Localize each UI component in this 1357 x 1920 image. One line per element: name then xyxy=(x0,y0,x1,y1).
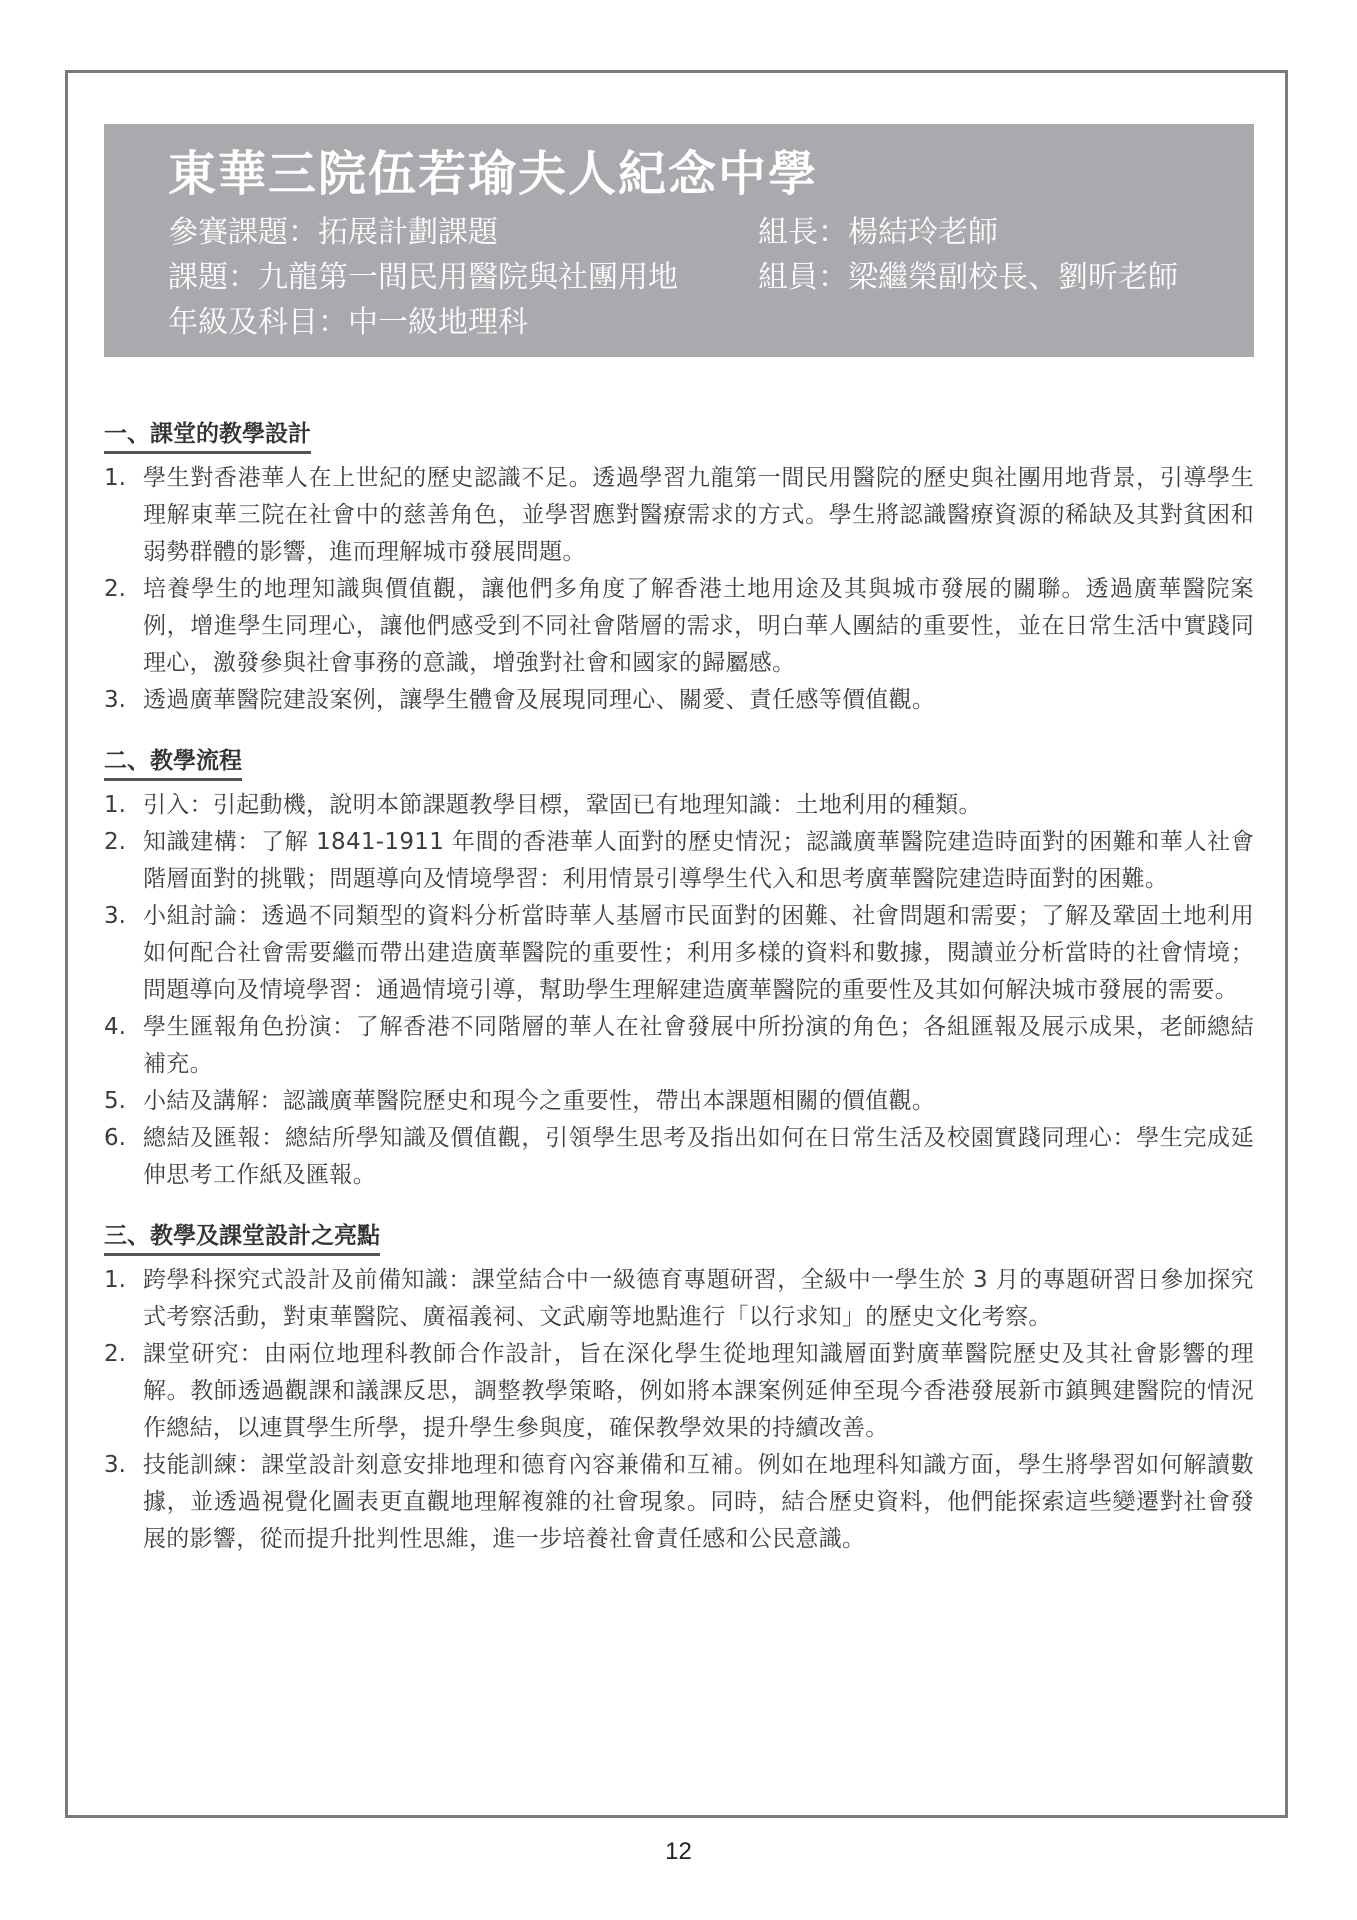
item-number: 2. xyxy=(104,1336,143,1447)
section-teaching-flow: 二、教學流程 1. 引入：引起動機，說明本節課題教學目標，鞏固已有地理知識：土地… xyxy=(104,745,1254,1194)
item-number: 3. xyxy=(104,1447,143,1558)
list-item: 5. 小結及講解：認識廣華醫院歷史和現今之重要性，帶出本課題相關的價值觀。 xyxy=(104,1083,1254,1120)
list-item: 6. 總結及匯報：總結所學知識及價值觀，引領學生思考及指出如何在日常生活及校園實… xyxy=(104,1120,1254,1194)
topic: 課題：九龍第一間民用醫院與社團用地 xyxy=(168,255,758,300)
list-item: 3. 技能訓練：課堂設計刻意安排地理和德育內容兼備和互補。例如在地理科知識方面，… xyxy=(104,1447,1254,1558)
item-text: 總結及匯報：總結所學知識及價值觀，引領學生思考及指出如何在日常生活及校園實踐同理… xyxy=(143,1120,1254,1194)
item-number: 6. xyxy=(104,1120,143,1194)
item-text: 培養學生的地理知識與價值觀，讓他們多角度了解香港土地用途及其與城市發展的關聯。透… xyxy=(143,571,1254,682)
item-number: 3. xyxy=(104,898,143,1009)
list-item: 2. 培養學生的地理知識與價值觀，讓他們多角度了解香港土地用途及其與城市發展的關… xyxy=(104,571,1254,682)
item-text: 課堂研究：由兩位地理科教師合作設計，旨在深化學生從地理知識層面對廣華醫院歷史及其… xyxy=(143,1336,1254,1447)
section-teaching-design: 一、課堂的教學設計 1. 學生對香港華人在上世紀的歷史認識不足。透過學習九龍第一… xyxy=(104,418,1254,719)
item-text: 透過廣華醫院建設案例，讓學生體會及展現同理心、關愛、責任感等價值觀。 xyxy=(143,682,1254,719)
item-number: 4. xyxy=(104,1009,143,1083)
header-banner: 東華三院伍若瑜夫人紀念中學 參賽課題：拓展計劃課題 組長：楊結玲老師 課題：九龍… xyxy=(104,124,1254,357)
item-text: 跨學科探究式設計及前備知識：課堂結合中一級德育專題研習，全級中一學生於 3 月的… xyxy=(143,1262,1254,1336)
list-item: 1. 跨學科探究式設計及前備知識：課堂結合中一級德育專題研習，全級中一學生於 3… xyxy=(104,1262,1254,1336)
item-number: 1. xyxy=(104,787,143,824)
item-number: 1. xyxy=(104,1262,143,1336)
list-item: 1. 學生對香港華人在上世紀的歷史認識不足。透過學習九龍第一間民用醫院的歷史與社… xyxy=(104,460,1254,571)
item-text: 引入：引起動機，說明本節課題教學目標，鞏固已有地理知識：土地利用的種類。 xyxy=(143,787,1254,824)
list-item: 2. 課堂研究：由兩位地理科教師合作設計，旨在深化學生從地理知識層面對廣華醫院歷… xyxy=(104,1336,1254,1447)
list-item: 4. 學生匯報角色扮演：了解香港不同階層的華人在社會發展中所扮演的角色；各組匯報… xyxy=(104,1009,1254,1083)
list-item: 3. 透過廣華醫院建設案例，讓學生體會及展現同理心、關愛、責任感等價值觀。 xyxy=(104,682,1254,719)
group-leader: 組長：楊結玲老師 xyxy=(758,210,1254,255)
item-number: 2. xyxy=(104,824,143,898)
list-item: 1. 引入：引起動機，說明本節課題教學目標，鞏固已有地理知識：土地利用的種類。 xyxy=(104,787,1254,824)
entry-topic: 參賽課題：拓展計劃課題 xyxy=(168,210,758,255)
page-number: 12 xyxy=(0,1838,1357,1866)
document-body: 一、課堂的教學設計 1. 學生對香港華人在上世紀的歷史認識不足。透過學習九龍第一… xyxy=(104,418,1254,1584)
section-title: 三、教學及課堂設計之亮點 xyxy=(104,1220,380,1256)
list-item: 3. 小組討論：透過不同類型的資料分析當時華人基層市民面對的困難、社會問題和需要… xyxy=(104,898,1254,1009)
list-item: 2. 知識建構：了解 1841-1911 年間的香港華人面對的歷史情況；認識廣華… xyxy=(104,824,1254,898)
item-text: 知識建構：了解 1841-1911 年間的香港華人面對的歷史情況；認識廣華醫院建… xyxy=(143,824,1254,898)
section-highlights: 三、教學及課堂設計之亮點 1. 跨學科探究式設計及前備知識：課堂結合中一級德育專… xyxy=(104,1220,1254,1558)
item-text: 小結及講解：認識廣華醫院歷史和現今之重要性，帶出本課題相關的價值觀。 xyxy=(143,1083,1254,1120)
item-text: 小組討論：透過不同類型的資料分析當時華人基層市民面對的困難、社會問題和需要；了解… xyxy=(143,898,1254,1009)
item-text: 技能訓練：課堂設計刻意安排地理和德育內容兼備和互補。例如在地理科知識方面，學生將… xyxy=(143,1447,1254,1558)
grade-subject: 年級及科目：中一級地理科 xyxy=(168,300,758,345)
item-number: 1. xyxy=(104,460,143,571)
project-info: 參賽課題：拓展計劃課題 組長：楊結玲老師 課題：九龍第一間民用醫院與社團用地 組… xyxy=(168,210,1254,345)
section-title: 二、教學流程 xyxy=(104,745,242,781)
item-text: 學生匯報角色扮演：了解香港不同階層的華人在社會發展中所扮演的角色；各組匯報及展示… xyxy=(143,1009,1254,1083)
item-number: 5. xyxy=(104,1083,143,1120)
item-number: 3. xyxy=(104,682,143,719)
item-text: 學生對香港華人在上世紀的歷史認識不足。透過學習九龍第一間民用醫院的歷史與社團用地… xyxy=(143,460,1254,571)
school-name: 東華三院伍若瑜夫人紀念中學 xyxy=(168,144,1254,204)
section-title: 一、課堂的教學設計 xyxy=(104,418,311,454)
group-members: 組員：梁繼榮副校長、劉昕老師 xyxy=(758,255,1254,300)
item-number: 2. xyxy=(104,571,143,682)
